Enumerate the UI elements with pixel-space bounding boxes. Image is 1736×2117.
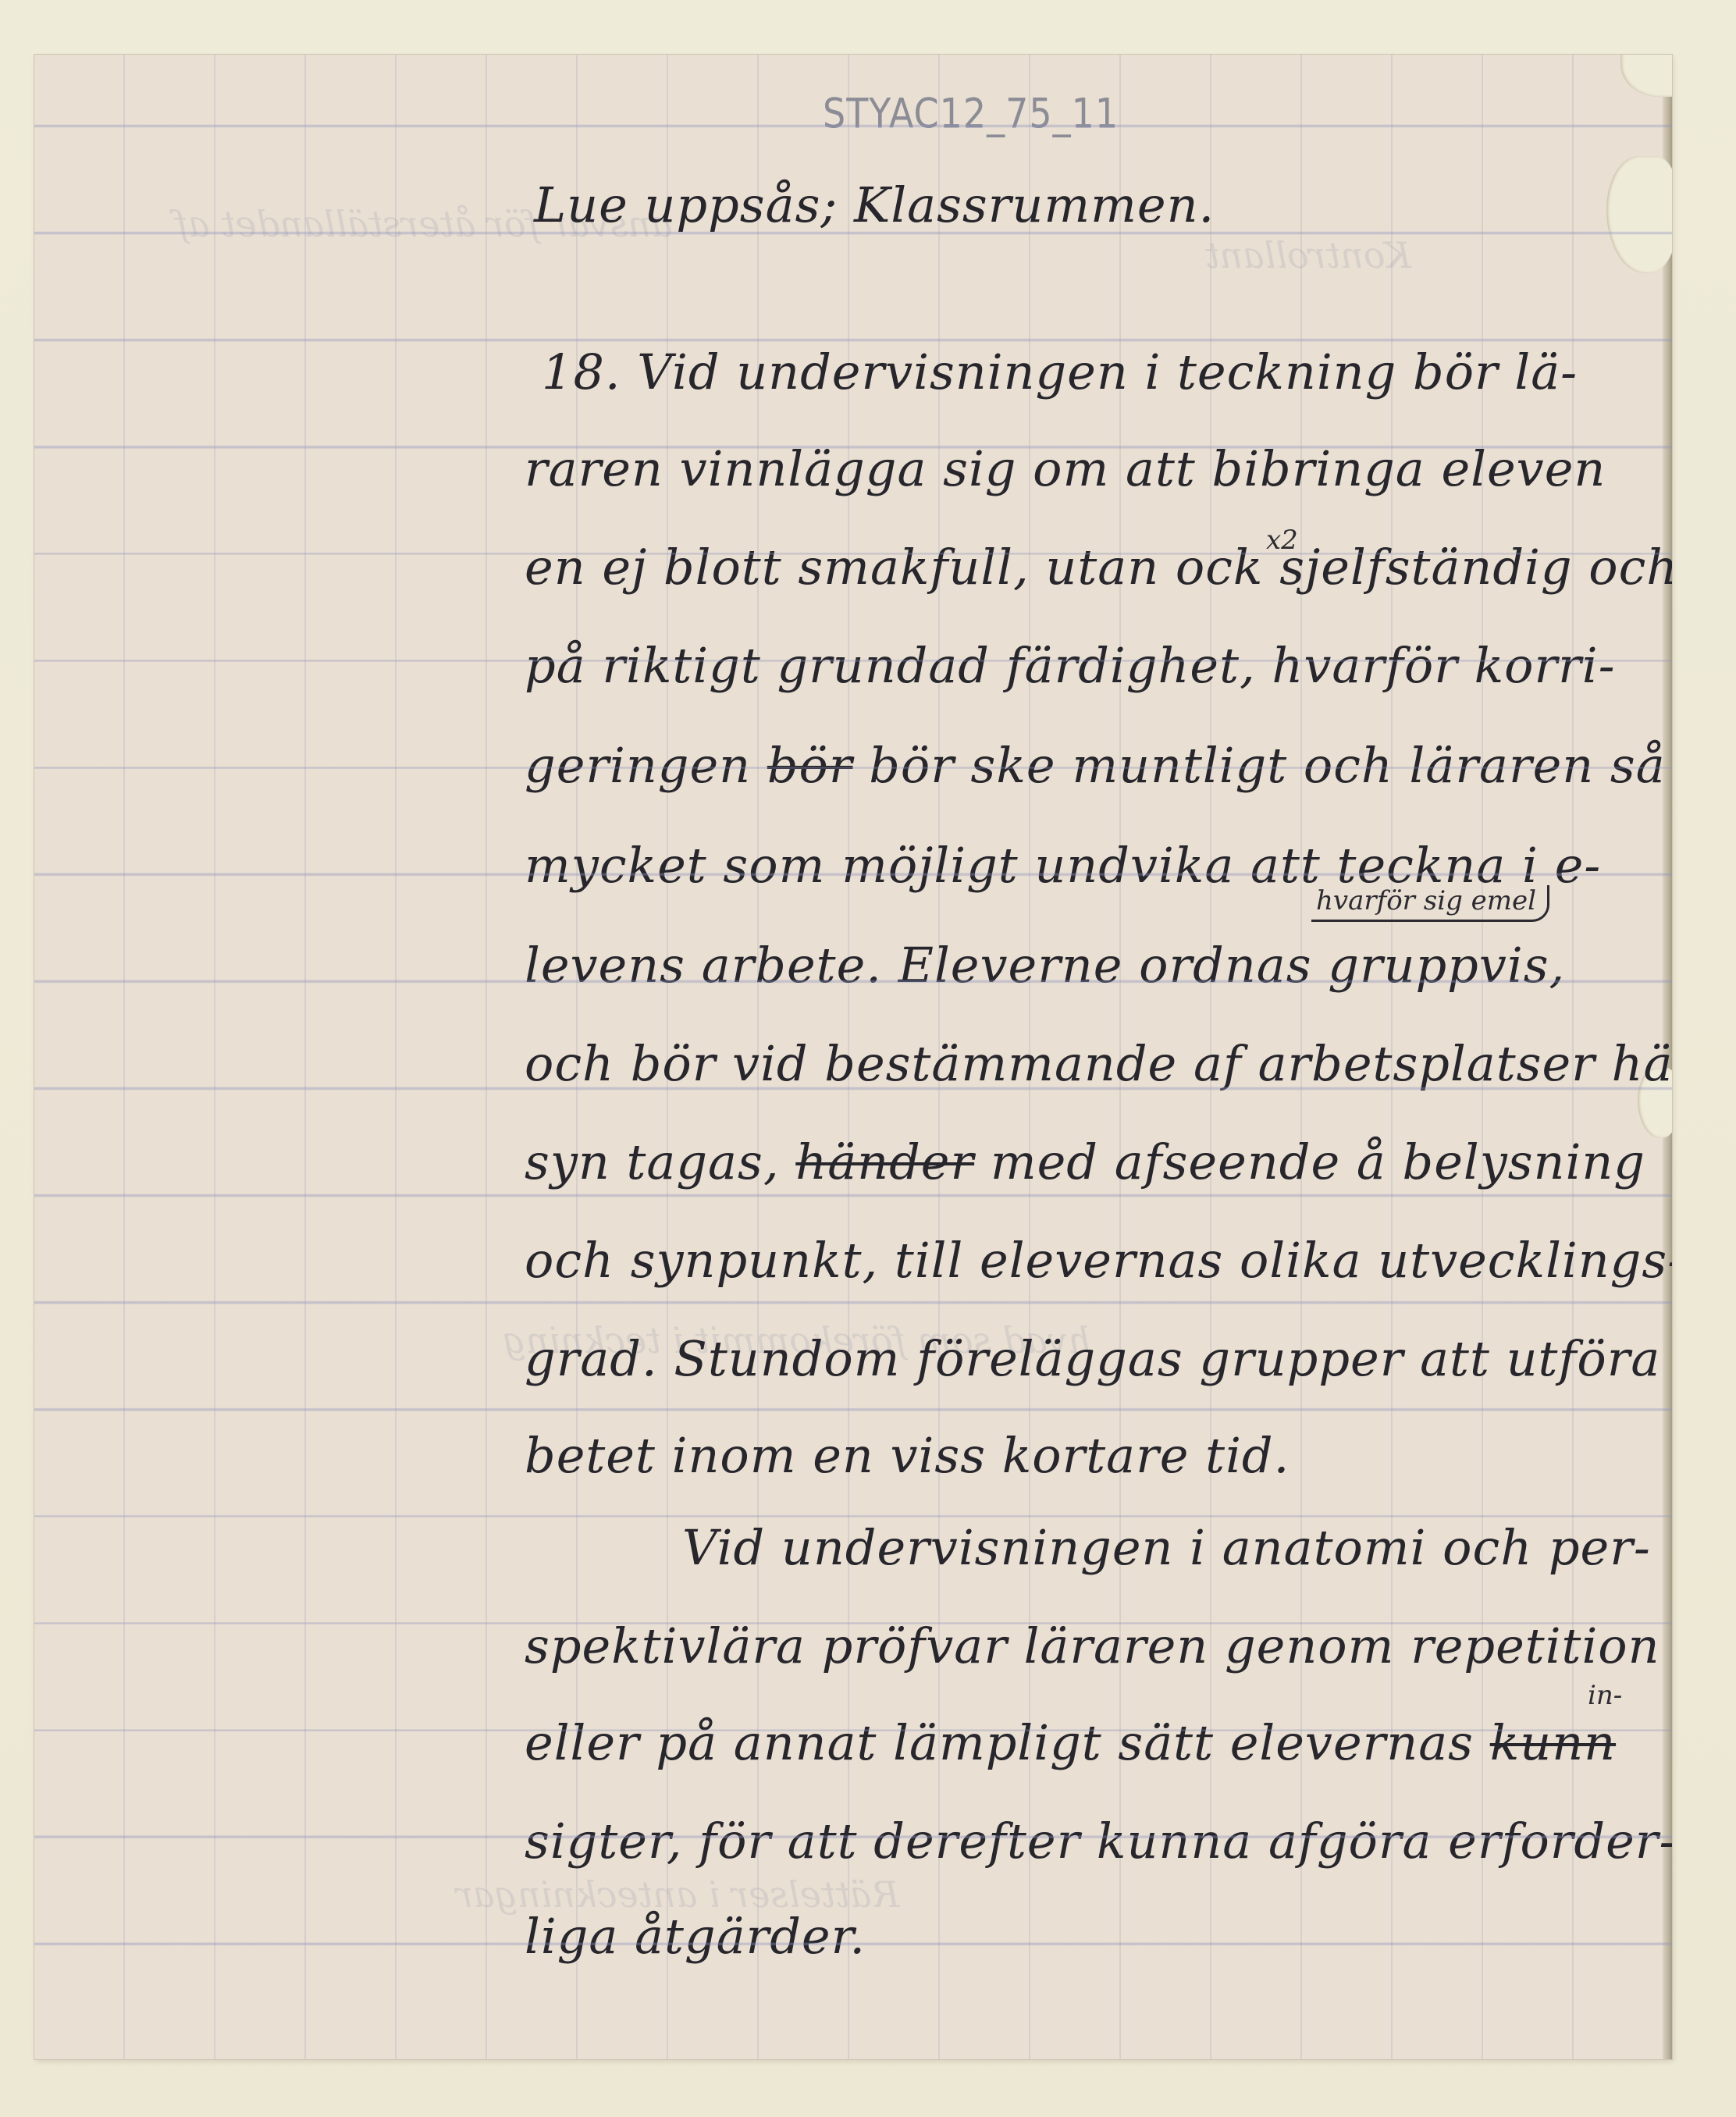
text-word: bör ske muntligt och läraren så: [869, 737, 1666, 794]
text-line: eller på annat lämpligt sätt elevernas k…: [525, 1719, 1616, 1767]
text-line: grad. Stundom föreläggas grupper att utf…: [525, 1335, 1672, 1383]
text-line-paragraph-start: Vid undervisningen i anatomi och per-: [682, 1524, 1651, 1572]
paper-tear-top-right: [1606, 156, 1672, 273]
text-line: sigter, för att derefter kunna afgöra er…: [525, 1817, 1672, 1866]
text-line-section-18: 18. Vid undervisningen i teckning bör lä…: [542, 348, 1578, 397]
text-line: på riktigt grundad färdighet, hvarför ko…: [525, 642, 1616, 690]
text-word: syn tagas,: [525, 1133, 780, 1190]
text-word: med afseende å belysning: [991, 1133, 1645, 1190]
text-line: liga åtgärder.: [525, 1912, 866, 1961]
paper-tear-corner: [1620, 55, 1672, 97]
text-line: och bör vid bestämmande af arbetsplatser…: [525, 1040, 1672, 1088]
manuscript-page: ansvar för återställandet af Kontrollant…: [34, 55, 1672, 2059]
text-line: en ej blott smakfull, utan ock sjelfstän…: [525, 543, 1672, 592]
text-line: geringen bör bör ske muntligt och lärare…: [525, 742, 1666, 790]
text-line: mycket som möjligt undvika att teckna i …: [525, 841, 1601, 890]
text-line: spektivlära pröfvar läraren genom repeti…: [525, 1622, 1660, 1670]
text-line: betet inom en viss kortare tid.: [525, 1432, 1290, 1480]
text-line: raren vinnlägga sig om att bibringa elev…: [525, 445, 1606, 493]
struck-word: kunn: [1490, 1714, 1616, 1771]
inserted-annotation: in-: [1588, 1680, 1622, 1711]
struck-word: bör: [767, 737, 853, 794]
text-line: syn tagas, händer med afseende å belysni…: [525, 1138, 1645, 1187]
text-line-0: Lue uppsås; Klassrummen.: [534, 181, 1215, 229]
struck-word: händer: [795, 1133, 974, 1190]
text-line: och synpunkt, till elevernas olika utvec…: [525, 1236, 1672, 1285]
bleed-through-text: Kontrollant: [1205, 234, 1411, 276]
archive-reference-stamp: STYAC12_75_11: [823, 89, 1119, 137]
text-word: geringen: [525, 737, 751, 794]
text-line: levens arbete. Eleverne ordnas gruppvis,: [525, 941, 1565, 990]
inserted-annotation: hvarför sig emel: [1311, 885, 1549, 922]
text-word: eller på annat lämpligt sätt elevernas: [525, 1714, 1474, 1771]
